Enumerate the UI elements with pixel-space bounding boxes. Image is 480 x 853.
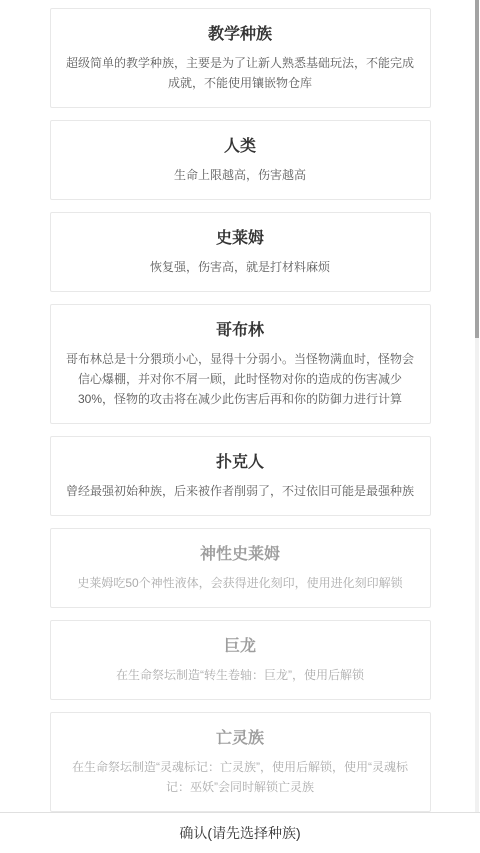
- race-card-goblin[interactable]: 哥布林 哥布林总是十分猥琐小心，显得十分弱小。当怪物满血时，怪物会信心爆棚，并对…: [50, 304, 431, 424]
- scrollbar-track: [475, 0, 479, 812]
- race-card-poker[interactable]: 扑克人 曾经最强初始种族，后来被作者削弱了，不过依旧可能是最强种族: [50, 436, 431, 516]
- race-card-dragon[interactable]: 巨龙 在生命祭坛制造“转生卷轴：巨龙”，使用后解锁: [50, 620, 431, 700]
- race-title: 神性史莱姆: [65, 544, 416, 566]
- race-description: 超级简单的教学种族，主要是为了让新人熟悉基础玩法，不能完成成就，不能使用镶嵌物仓…: [65, 53, 416, 93]
- race-description: 在生命祭坛制造“灵魂标记：亡灵族”，使用后解锁，使用“灵魂标记：巫妖”会同时解锁…: [65, 757, 416, 797]
- race-card-human[interactable]: 人类 生命上限越高，伤害越高: [50, 120, 431, 200]
- race-card-undead[interactable]: 亡灵族 在生命祭坛制造“灵魂标记：亡灵族”，使用后解锁，使用“灵魂标记：巫妖”会…: [50, 712, 431, 812]
- race-card-divine-slime[interactable]: 神性史莱姆 史莱姆吃50个神性液体，会获得进化刻印，使用进化刻印解锁: [50, 528, 431, 608]
- race-description: 史莱姆吃50个神性液体，会获得进化刻印，使用进化刻印解锁: [65, 573, 416, 593]
- confirm-button[interactable]: 确认(请先选择种族): [179, 823, 300, 843]
- race-card-slime[interactable]: 史莱姆 恢复强，伤害高，就是打材料麻烦: [50, 212, 431, 292]
- race-title: 巨龙: [65, 636, 416, 658]
- scrollbar-thumb[interactable]: [475, 0, 479, 338]
- race-description: 生命上限越高，伤害越高: [65, 165, 416, 185]
- race-description: 曾经最强初始种族，后来被作者削弱了，不过依旧可能是最强种族: [65, 481, 416, 501]
- race-title: 史莱姆: [65, 228, 416, 250]
- race-title: 亡灵族: [65, 728, 416, 750]
- race-title: 哥布林: [65, 320, 416, 342]
- race-description: 恢复强，伤害高，就是打材料麻烦: [65, 257, 416, 277]
- race-list[interactable]: 教学种族 超级简单的教学种族，主要是为了让新人熟悉基础玩法，不能完成成就，不能使…: [0, 0, 480, 812]
- footer-bar: 确认(请先选择种族): [0, 812, 480, 853]
- race-description: 在生命祭坛制造“转生卷轴：巨龙”，使用后解锁: [65, 665, 416, 685]
- race-title: 教学种族: [65, 24, 416, 46]
- race-description: 哥布林总是十分猥琐小心，显得十分弱小。当怪物满血时，怪物会信心爆棚，并对你不屑一…: [65, 349, 416, 409]
- race-title: 扑克人: [65, 452, 416, 474]
- race-card-tutorial[interactable]: 教学种族 超级简单的教学种族，主要是为了让新人熟悉基础玩法，不能完成成就，不能使…: [50, 8, 431, 108]
- race-title: 人类: [65, 136, 416, 158]
